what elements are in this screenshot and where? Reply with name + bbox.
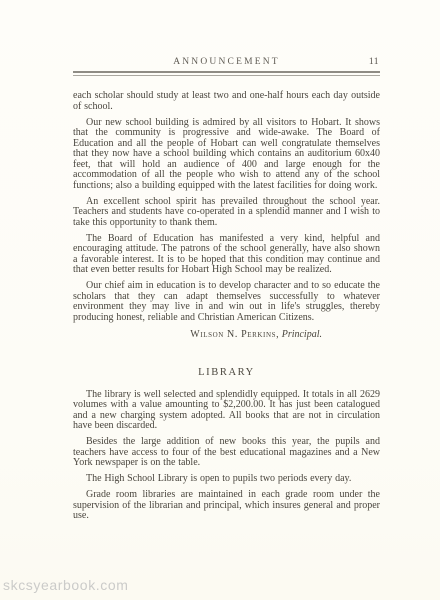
announcement-paragraph: The Board of Education has manifested a … [73, 234, 380, 276]
watermark: skcsyearbook.com [3, 577, 129, 593]
page-content: ANNOUNCEMENT 11 each scholar should stud… [73, 57, 380, 527]
announcement-paragraph: An excellent school spirit has prevailed… [73, 197, 380, 229]
announcement-paragraph: Our new school building is admired by al… [73, 118, 380, 192]
scanned-page: ANNOUNCEMENT 11 each scholar should stud… [0, 0, 440, 600]
principal-name: Wilson N. Perkins, [190, 329, 279, 340]
announcement-paragraph-continuation: each scholar should study at least two a… [73, 91, 380, 112]
announcement-paragraph: Our chief aim in education is to develop… [73, 281, 380, 323]
header-double-rule [73, 71, 380, 76]
library-paragraph: Besides the large addition of new books … [73, 437, 380, 469]
library-paragraph: The High School Library is open to pupil… [73, 474, 380, 485]
signature-line: Wilson N. Perkins, Principal. [73, 329, 322, 340]
running-head-title: ANNOUNCEMENT [173, 57, 280, 67]
library-paragraph: The library is well selected and splendi… [73, 390, 380, 432]
principal-title: Principal. [282, 329, 322, 340]
page-number: 11 [369, 57, 379, 67]
library-paragraph: Grade room libraries are maintained in e… [73, 490, 380, 522]
page-header: ANNOUNCEMENT 11 [73, 57, 380, 70]
announcement-section: each scholar should study at least two a… [73, 91, 380, 522]
library-section-heading: LIBRARY [73, 367, 380, 378]
